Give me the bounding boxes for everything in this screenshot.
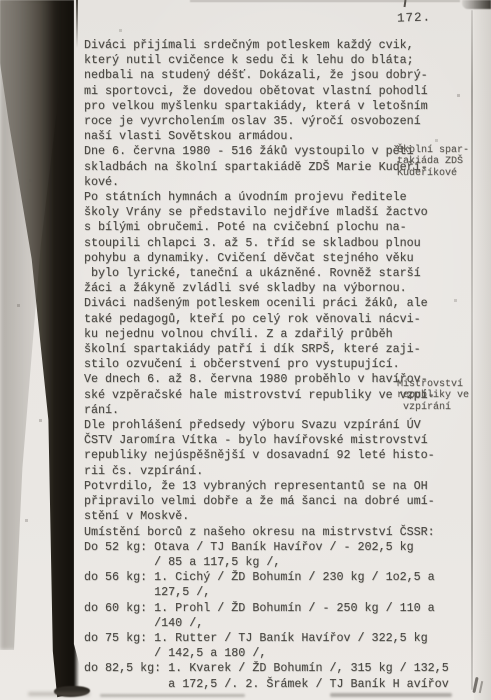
text-line: bylo lyrické, taneční a ukázněné. Rovněž… — [84, 266, 474, 281]
text-line: Umístění borců z našeho okresu na mistrv… — [84, 525, 474, 540]
text-line: / 85 a 117,5 kg /, — [84, 555, 474, 570]
text-line: ČSTV Jaromíra Vítka - bylo havířovské mi… — [84, 433, 474, 448]
page-corner-crease — [76, 0, 78, 48]
text-line: školní spartakiády patří i dík SRPŠ, kte… — [84, 342, 474, 357]
text-line: stilo ozvučení i občerstvení pro vystupu… — [84, 357, 474, 372]
text-line: stění v Moskvě. — [84, 509, 474, 524]
next-page-edge-line — [471, 10, 473, 690]
text-line: republiky ve — [397, 390, 469, 401]
document-body-text: Diváci přijímali srdečným potleskem každ… — [84, 38, 474, 692]
text-line: nedbali na studený déšť. Dokázali, že js… — [84, 68, 474, 83]
scan-corner-shadow — [462, 0, 491, 9]
text-line: Diváci přijímali srdečným potleskem každ… — [84, 38, 474, 53]
text-line: naší vlasti Sovětskou armádou. — [84, 129, 474, 144]
text-line: do 82,5 kg: 1. Kvarek / ŽD Bohumín /, 31… — [84, 661, 474, 676]
text-line: školy Vrány se představilo nejdříve mlad… — [84, 205, 474, 220]
next-page-edge-zone — [474, 0, 491, 700]
text-line: roce je vyvrcholením oslav 35. výročí os… — [84, 114, 474, 129]
text-line: Mistrovství — [397, 379, 469, 390]
text-line: připravilo velmi dobře a že má šanci na … — [84, 494, 474, 509]
text-line: žáci a žákyně zvládli své skladby na výb… — [84, 281, 474, 296]
text-line: / 142,5 a 180 /, — [84, 646, 474, 661]
text-line: pohybu a dynamiky. Cvičení děvčat stejné… — [84, 251, 474, 266]
scanned-chronicle-page: 172. Diváci přijímali srdečným potleskem… — [0, 0, 491, 700]
scan-tick-mark — [404, 0, 407, 7]
text-line: vzpírání — [397, 402, 469, 413]
text-line: ku nejednu volnou chvíli. Z a zdařilý pr… — [84, 327, 474, 342]
scan-top-edge-line — [190, 0, 460, 2]
text-line: takiáda ZDŠ — [397, 156, 469, 167]
text-line: s bílými obručemi. Poté na cvičební ploc… — [84, 220, 474, 235]
scan-bottom-smudge — [100, 694, 245, 697]
text-line: do 56 kg: 1. Cichý / ŽD Bohumín / 230 kg… — [84, 570, 474, 585]
text-line: /140 /, — [84, 616, 474, 631]
text-line: do 60 kg: 1. Prohl / ŽD Bohumín / - 250 … — [84, 601, 474, 616]
scan-bottom-smudge — [28, 692, 90, 696]
text-line: Do 52 kg: Otava / TJ Baník Havířov / - 2… — [84, 540, 474, 555]
text-line: Diváci nadšeným potleskem ocenili práci … — [84, 296, 474, 311]
page-number: 172. — [397, 10, 431, 25]
text-line: 127,5 /, — [84, 585, 474, 600]
scan-bottom-smudge — [330, 693, 452, 697]
margin-note-skolni-spartakiada: Školní spar-takiáda ZDŠKudeříkové — [397, 145, 469, 179]
text-line: do 75 kg: 1. Rutter / TJ Baník Havířov /… — [84, 631, 474, 646]
text-line: stoupili chlapci 3. až 5. tříd se skladb… — [84, 236, 474, 251]
text-line: a 172,5 /. 2. Šrámek / TJ Baník H avířov — [84, 677, 474, 692]
text-line: pro velkou myšlenku spartakiády, která v… — [84, 99, 474, 114]
text-line: Potvrdilo, že 13 vybraných representantů… — [84, 479, 474, 494]
text-line: republiky nejúspěšnější v dosavadní 92 l… — [84, 448, 474, 463]
text-line: který nutil cvičence k sedu či k lehu do… — [84, 53, 474, 68]
text-line: Dle prohlášení předsedy výboru Svazu vzp… — [84, 418, 474, 433]
margin-note-mistrovstvi-vzpirani: Mistrovstvírepubliky ve vzpírání — [397, 379, 469, 413]
text-line: rii čs. vzpírání. — [84, 464, 474, 479]
text-line: mi sportovci, že dovedou obětovat vlastn… — [84, 84, 474, 99]
text-line: Školní spar- — [397, 145, 469, 156]
text-line: Po státních hymnách a úvodním projevu ře… — [84, 190, 474, 205]
scan-noise-specks — [0, 0, 1, 1]
text-line: také pedagogů, kteří po celý rok věnoval… — [84, 312, 474, 327]
text-line: Kudeříkové — [397, 168, 469, 179]
